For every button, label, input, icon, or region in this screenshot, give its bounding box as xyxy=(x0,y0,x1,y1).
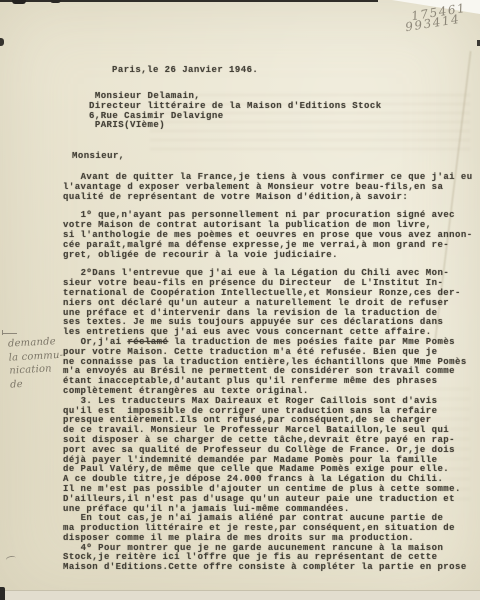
scan-bottom-band xyxy=(0,590,480,600)
letter-date: Paris,le 26 Janvier 1946. xyxy=(112,66,258,76)
scan-corner-mark xyxy=(0,587,5,600)
body-paragraph: pour votre Maison. Cette traduction m'a … xyxy=(63,348,475,397)
scan-edge-mark xyxy=(0,38,4,46)
letter-body: Avant de quitter la France,je tiens à vo… xyxy=(63,173,475,573)
recipient-address: Monsieur Delamain, Directeur littéraire … xyxy=(89,92,382,131)
body-paragraph: 1º que,n'ayant pas personnellement ni pa… xyxy=(63,211,475,260)
body-text: Or,j'ai xyxy=(63,337,127,347)
scanned-letter-page: 175461 993414 Paris,le 26 Janvier 1946. … xyxy=(0,0,480,600)
struck-word: réclamé xyxy=(127,337,168,347)
body-paragraph: 2ºDans l'entrevue que j'ai eue à la Léga… xyxy=(63,269,475,338)
scan-edge-blob xyxy=(50,0,61,3)
margin-note: demande la commu- nication de xyxy=(8,334,73,391)
pencil-squiggle xyxy=(5,555,16,563)
salutation: Monsieur, xyxy=(72,152,125,162)
scan-edge-blob xyxy=(12,0,26,4)
body-paragraph: 3. Les traducteurs Max Daireaux et Roger… xyxy=(63,397,475,573)
body-paragraph: Avant de quitter la France,je tiens à vo… xyxy=(63,173,475,202)
body-text: la traduction de mes poésies faite par M… xyxy=(168,337,455,347)
